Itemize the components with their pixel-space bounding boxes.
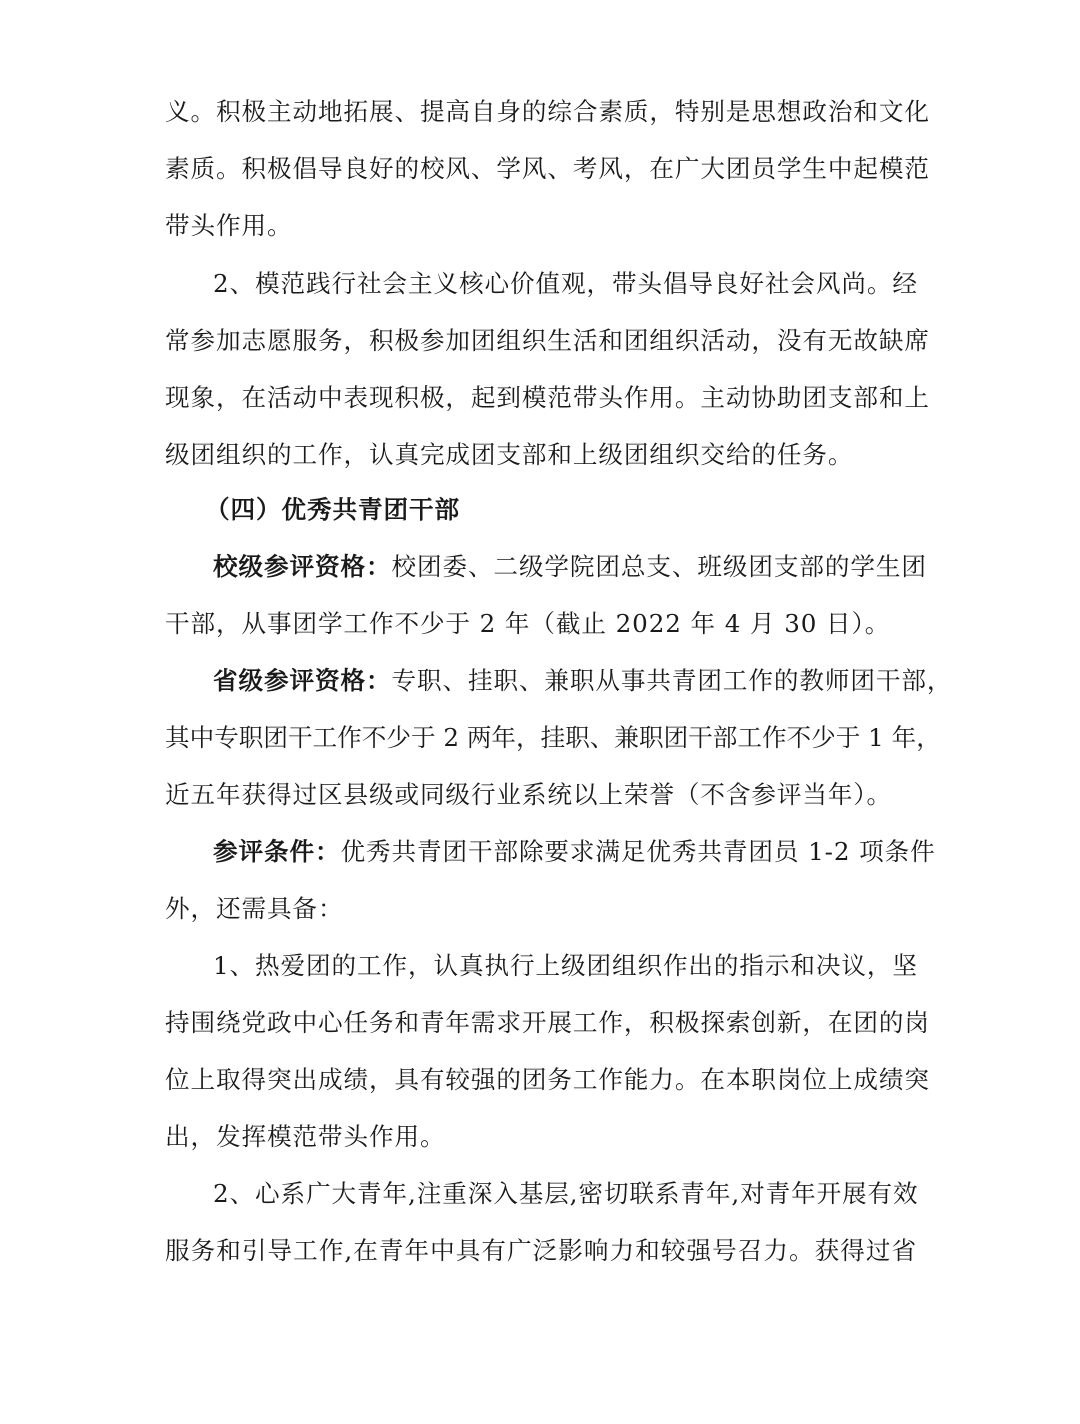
- text-line: 素质。积极倡导良好的校风、学风、考风，在广大团员学生中起模范: [165, 149, 917, 189]
- text-line: 现象，在活动中表现积极，起到模范带头作用。主动协助团支部和上: [165, 378, 917, 418]
- label-provincial-eligibility: 省级参评资格：: [213, 666, 391, 695]
- label-conditions: 参评条件：: [213, 837, 340, 866]
- text-span: 优秀共青团干部除要求满足优秀共青团员 1-2 项条件: [340, 837, 935, 866]
- text-line: 2、模范践行社会主义核心价值观，带头倡导良好社会风尚。经: [213, 264, 917, 304]
- text-line: 服务和引导工作,在青年中具有广泛影响力和较强号召力。获得过省: [165, 1231, 917, 1271]
- text-line: 近五年获得过区县级或同级行业系统以上荣誉（不含参评当年）。: [165, 775, 917, 815]
- text-line: 干部，从事团学工作不少于 2 年（截止 2022 年 4 月 30 日）。: [165, 604, 917, 644]
- text-line: 1、热爱团的工作，认真执行上级团组织作出的指示和决议，坚: [213, 946, 917, 986]
- document-page: 义。积极主动地拓展、提高自身的综合素质，特别是思想政治和文化 素质。积极倡导良好…: [0, 0, 1080, 1424]
- section-heading: （四）优秀共青团干部: [205, 490, 909, 530]
- labeled-line: 参评条件：优秀共青团干部除要求满足优秀共青团员 1-2 项条件: [213, 832, 917, 872]
- text-line: 其中专职团干工作不少于 2 两年，挂职、兼职团干部工作不少于 1 年，: [165, 718, 917, 758]
- text-line: 出，发挥模范带头作用。: [165, 1117, 917, 1157]
- text-line: 位上取得突出成绩，具有较强的团务工作能力。在本职岗位上成绩突: [165, 1060, 917, 1100]
- text-line: 带头作用。: [165, 206, 917, 246]
- text-line: 级团组织的工作，认真完成团支部和上级团组织交给的任务。: [165, 435, 917, 475]
- text-line: 持围绕党政中心任务和青年需求开展工作，积极探索创新，在团的岗: [165, 1003, 917, 1043]
- text-line: 义。积极主动地拓展、提高自身的综合素质，特别是思想政治和文化: [165, 92, 917, 132]
- label-school-eligibility: 校级参评资格：: [213, 552, 391, 581]
- text-line: 2、心系广大青年,注重深入基层,密切联系青年,对青年开展有效: [213, 1174, 917, 1214]
- text-line: 常参加志愿服务，积极参加团组织生活和团组织活动，没有无故缺席: [165, 321, 917, 361]
- labeled-line: 省级参评资格：专职、挂职、兼职从事共青团工作的教师团干部，: [213, 661, 917, 701]
- text-line: 外，还需具备：: [165, 889, 917, 929]
- labeled-line: 校级参评资格：校团委、二级学院团总支、班级团支部的学生团: [213, 547, 917, 587]
- text-span: 校团委、二级学院团总支、班级团支部的学生团: [391, 552, 926, 581]
- text-span: 专职、挂职、兼职从事共青团工作的教师团干部，: [391, 666, 952, 695]
